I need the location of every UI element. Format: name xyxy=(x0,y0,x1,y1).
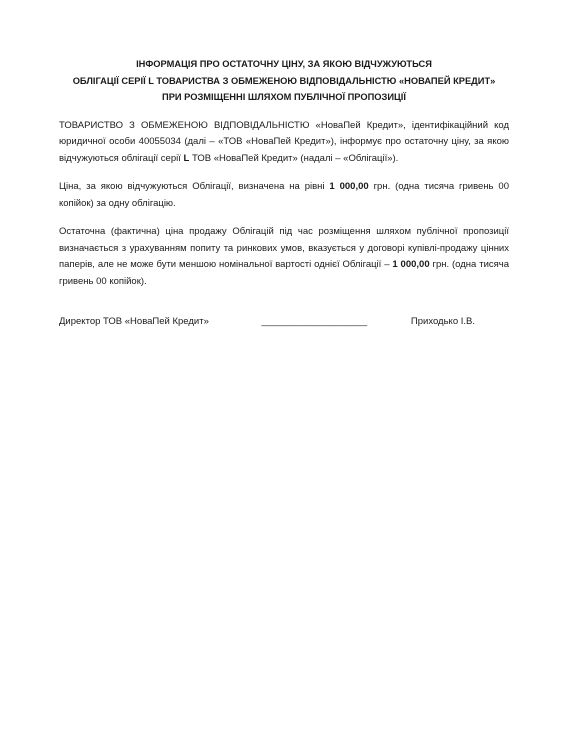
paragraph-price: Ціна, за якою відчужуються Облігації, ви… xyxy=(59,179,509,212)
document-title: ІНФОРМАЦІЯ ПРО ОСТАТОЧНУ ЦІНУ, ЗА ЯКОЮ В… xyxy=(14,56,554,106)
title-line-3: ПРИ РОЗМІЩЕННІ ШЛЯХОМ ПУБЛІЧНОЇ ПРОПОЗИЦ… xyxy=(14,89,554,106)
text-run: ТОВ «НоваПей Кредит» (надалі – «Облігаці… xyxy=(189,153,398,164)
signature-line: ____________________ xyxy=(261,314,367,331)
text-run-bold: 1 000,00 xyxy=(329,181,368,192)
document-page: ІНФОРМАЦІЯ ПРО ОСТАТОЧНУ ЦІНУ, ЗА ЯКОЮ В… xyxy=(0,0,568,737)
signature-role: Директор ТОВ «НоваПей Кредит» xyxy=(59,314,209,331)
paragraph-final-price-terms: Остаточна (фактична) ціна продажу Обліга… xyxy=(59,224,509,290)
text-run: Ціна, за якою відчужуються Облігації, ви… xyxy=(59,181,329,192)
paragraph-issuer-info: ТОВАРИСТВО З ОБМЕЖЕНОЮ ВІДПОВІДАЛЬНІСТЮ … xyxy=(59,118,509,168)
title-line-2: ОБЛІГАЦІЇ СЕРІЇ L ТОВАРИСТВА З ОБМЕЖЕНОЮ… xyxy=(14,73,554,90)
text-run-bold: 1 000,00 xyxy=(392,259,429,270)
signature-name: Приходько І.В. xyxy=(411,314,475,331)
signature-row: Директор ТОВ «НоваПей Кредит» __________… xyxy=(59,314,509,331)
title-line-1: ІНФОРМАЦІЯ ПРО ОСТАТОЧНУ ЦІНУ, ЗА ЯКОЮ В… xyxy=(14,56,554,73)
